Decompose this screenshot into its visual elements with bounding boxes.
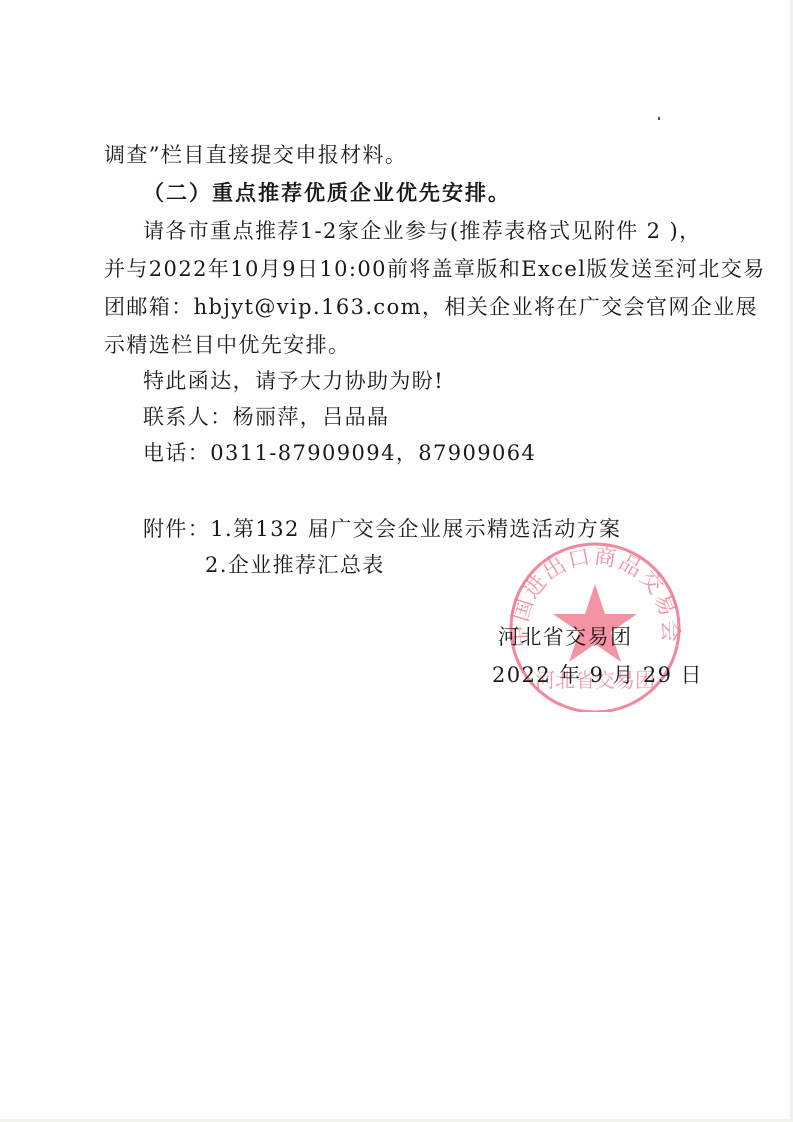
document-page: 调查”栏目直接提交申报材料。 （二）重点推荐优质企业优先安排。 请各市重点推荐1… — [0, 0, 793, 1122]
body-line-5-email: 团邮箱：hbjyt@vip.163.com，相关企业将在广交会官网企业展 — [104, 294, 758, 320]
contact-phone: 电话：0311-87909094，87909064 — [143, 440, 536, 466]
closing-line: 特此函达，请予大力协助为盼! — [143, 368, 444, 394]
section-heading: （二）重点推荐优质企业优先安排。 — [143, 180, 511, 206]
body-line-3: 请各市重点推荐1-2家企业参与(推荐表格式见附件 2 )， — [143, 218, 702, 244]
attachment-2: 2.企业推荐汇总表 — [205, 552, 385, 578]
body-line-6: 示精选栏目中优先安排。 — [104, 332, 350, 358]
signature-org: 河北省交易团 — [498, 624, 632, 650]
signature-date: 2022 年 9 月 29 日 — [492, 662, 703, 688]
contact-person: 联系人：杨丽萍，吕品晶 — [143, 404, 389, 430]
scan-speck — [658, 117, 660, 120]
body-line-4: 并与2022年10月9日10:00前将盖章版和Excel版发送至河北交易 — [104, 256, 766, 282]
body-line-1: 调查”栏目直接提交申报材料。 — [104, 142, 407, 168]
